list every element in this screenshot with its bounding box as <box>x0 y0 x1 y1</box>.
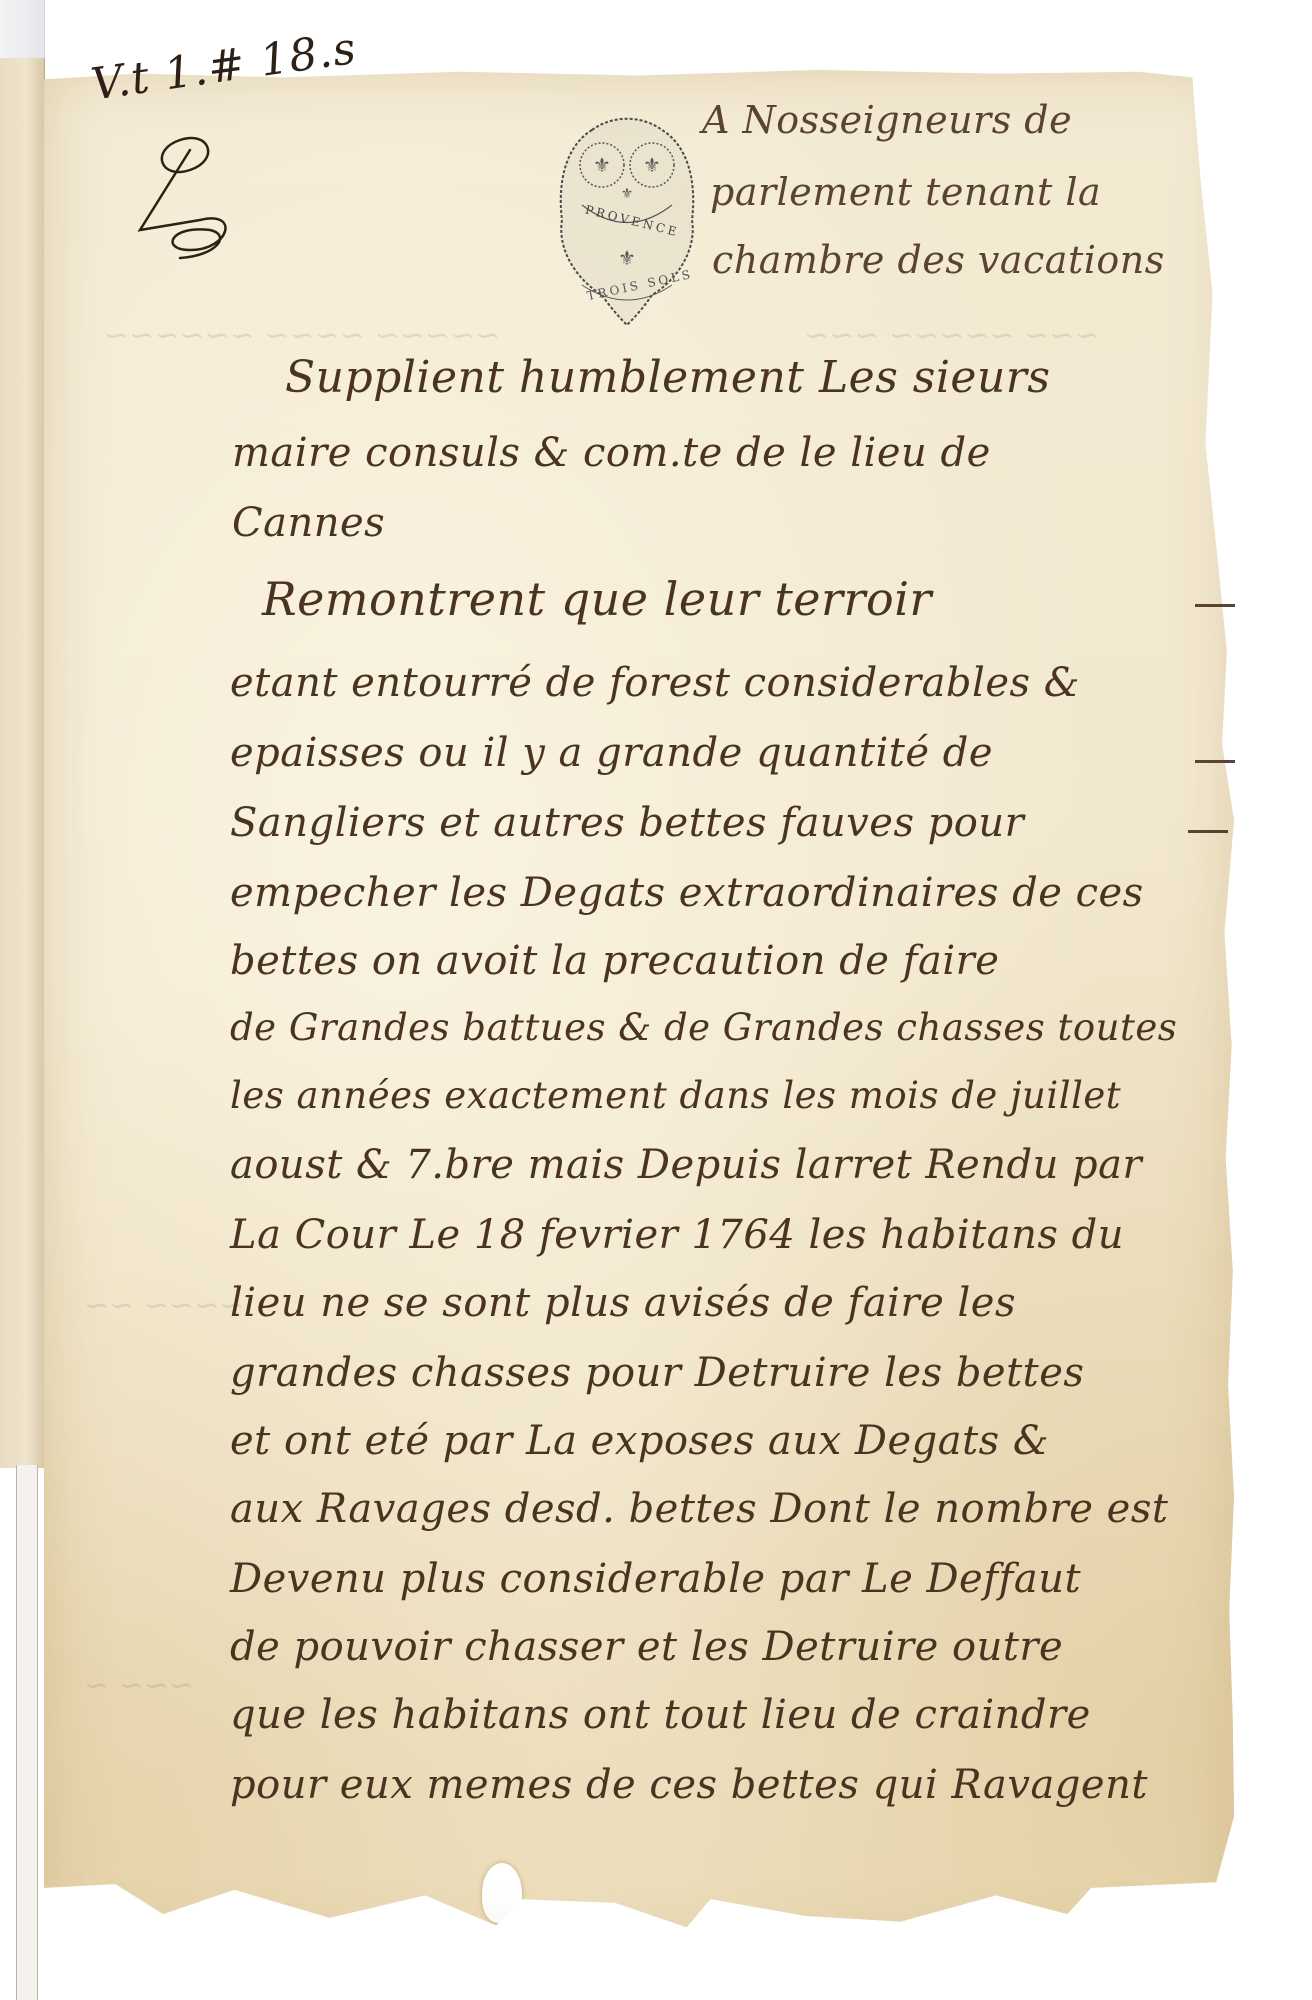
body-line: Devenu plus considerable par Le Deffaut <box>230 1556 1081 1602</box>
body-line: Sangliers et autres bettes fauves pour <box>230 800 1024 846</box>
paper-hole <box>482 1863 522 1923</box>
body-line: de pouvoir chasser et les Detruire outre <box>230 1624 1063 1670</box>
paraph-flourish-icon <box>120 130 250 260</box>
body-line: de Grandes battues & de Grandes chasses … <box>230 1006 1177 1049</box>
body-line-opening: Supplient humblement Les sieurs <box>285 352 1050 403</box>
binding-edge <box>16 1465 38 2000</box>
addressee-line: chambre des vacations <box>712 238 1165 282</box>
addressee-line: A Nosseigneurs de <box>702 98 1072 142</box>
bleed-through-text: ~~~~~ ~~~~ ~~~~~~ <box>104 318 500 353</box>
svg-text:⚜: ⚜ <box>621 186 634 202</box>
bleed-through-text: ~~~~ ~~ <box>84 1288 244 1323</box>
addressee-line: parlement tenant la <box>710 170 1101 214</box>
body-line: lieu ne se sont plus avisés de faire les <box>230 1280 1016 1326</box>
tax-stamp: ⚜ ⚜ ⚜ ⚜ PROVENCE TROIS SOLS <box>552 110 702 330</box>
body-line: etant entourré de forest considerables & <box>230 660 1080 706</box>
body-line-remontrent: Remontrent que leur terroir <box>262 572 932 626</box>
bleed-through-text: ~~~ ~~~~~ ~~~ <box>804 318 1100 353</box>
line-filler-dash <box>1195 760 1235 763</box>
line-filler-dash <box>1188 830 1228 833</box>
body-line: epaisses ou il y a grande quantité de <box>230 730 993 776</box>
body-line: que les habitans ont tout lieu de craind… <box>230 1692 1091 1738</box>
body-line: aoust & 7.bre mais Depuis larret Rendu p… <box>230 1142 1142 1188</box>
scanner-edge <box>0 0 45 60</box>
svg-text:⚜: ⚜ <box>643 153 661 177</box>
body-line: Cannes <box>232 500 385 546</box>
binding-strip <box>0 58 45 1468</box>
body-line: empecher les Degats extraordinaires de c… <box>230 870 1144 916</box>
body-line: et ont eté par La exposes aux Degats & <box>230 1418 1049 1464</box>
svg-text:⚜: ⚜ <box>593 153 611 177</box>
line-filler-dash <box>1195 604 1235 607</box>
body-line: La Cour Le 18 fevrier 1764 les habitans … <box>230 1212 1124 1258</box>
body-line: maire consuls & com.te de le lieu de <box>232 430 991 476</box>
bleed-through-text: ~~~ ~ <box>84 1668 194 1703</box>
body-line: grandes chasses pour Detruire les bettes <box>230 1350 1084 1396</box>
body-line: les années exactement dans les mois de j… <box>230 1074 1121 1117</box>
svg-text:⚜: ⚜ <box>618 246 636 270</box>
body-line: bettes on avoit la precaution de faire <box>230 938 999 984</box>
body-line: pour eux memes de ces bettes qui Ravagen… <box>230 1762 1148 1808</box>
body-line: aux Ravages desd. bettes Dont le nombre … <box>230 1486 1168 1532</box>
